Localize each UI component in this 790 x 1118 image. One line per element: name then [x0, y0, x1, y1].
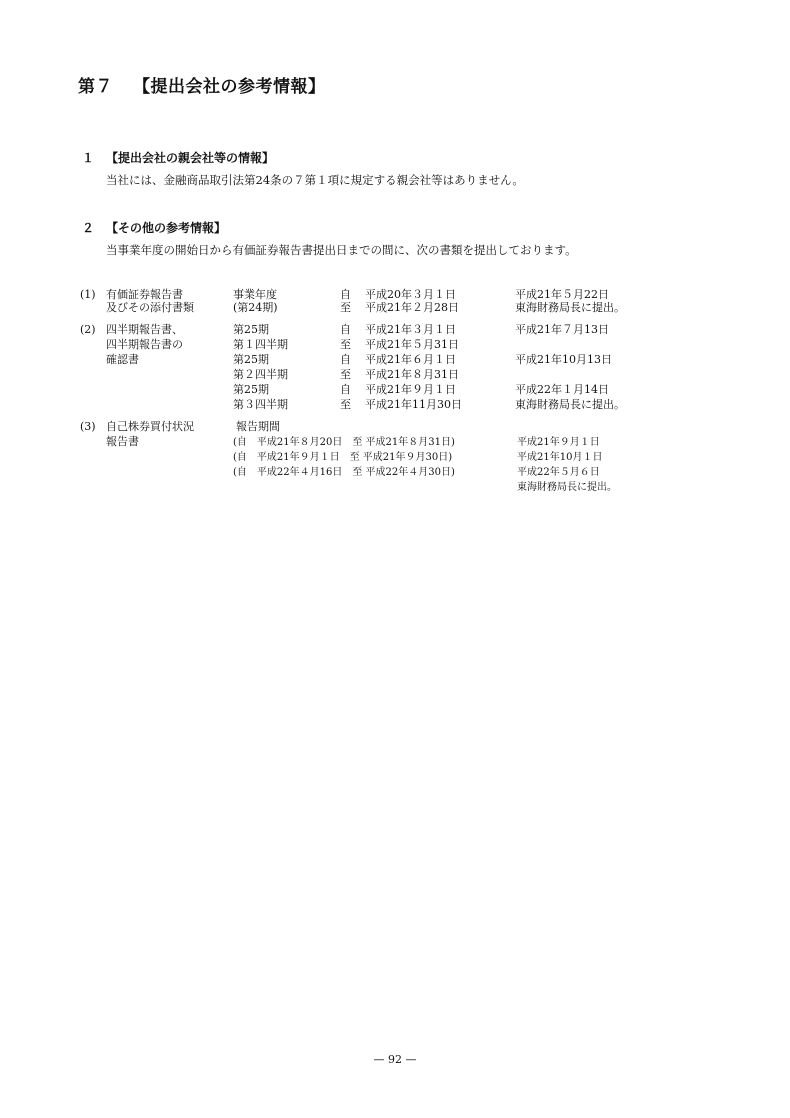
section-1-body: 当社には、金融商品取引法第24条の７第１項に規定する親会社等はありません。 [106, 172, 524, 188]
period-label: 第25期 [233, 383, 269, 396]
filing-index: (2) [80, 323, 96, 336]
date: 平成20年３月１日 [365, 288, 456, 301]
filing-name: 報告書 [106, 435, 139, 448]
filed-date: 平成22年５月６日 [517, 466, 600, 479]
section-1-heading: １【提出会社の親会社等の情報】 [82, 149, 274, 166]
report-period: (自 平成22年４月16日 至 平成22年４月30日) [233, 466, 455, 479]
chapter-title: 【提出会社の参考情報】 [133, 77, 326, 97]
filed-note: 東海財務局長に提出。 [515, 398, 625, 411]
from-mark: 自 [340, 353, 351, 366]
to-mark: 至 [340, 301, 351, 314]
report-period: (自 平成21年９月１日 至 平成21年９月30日) [233, 451, 452, 464]
date: 平成21年６月１日 [365, 353, 456, 366]
to-mark: 至 [340, 398, 351, 411]
filing-index: (3) [80, 420, 96, 433]
period-label: 第25期 [233, 323, 269, 336]
period-label: (第24期) [233, 301, 278, 314]
from-mark: 自 [340, 383, 351, 396]
from-mark: 自 [340, 288, 351, 301]
to-mark: 至 [340, 338, 351, 351]
section-2-body: 当事業年度の開始日から有価証券報告書提出日までの間に、次の書類を提出しております… [106, 242, 577, 258]
filing-name: 四半期報告書、 [106, 323, 183, 336]
to-mark: 至 [340, 368, 351, 381]
filing-name: 有価証券報告書 [106, 288, 183, 301]
from-mark: 自 [340, 323, 351, 336]
filed-date: 平成21年５月22日 [515, 288, 609, 301]
filing-index: (1) [80, 288, 96, 301]
filed-note: 東海財務局長に提出。 [517, 481, 617, 494]
filed-date: 平成22年１月14日 [515, 383, 609, 396]
filed-date: 平成21年10月13日 [515, 353, 612, 366]
page-number: — 92 — [0, 1053, 790, 1066]
date: 平成21年５月31日 [365, 338, 459, 351]
period-label: 第25期 [233, 353, 269, 366]
date: 平成21年８月31日 [365, 368, 459, 381]
filed-date: 平成21年７月13日 [515, 323, 609, 336]
period-label: 第２四半期 [233, 368, 288, 381]
period-label: 事業年度 [233, 288, 277, 301]
date: 平成21年３月１日 [365, 323, 456, 336]
filing-name: 確認書 [106, 353, 139, 366]
filed-date: 平成21年10月１日 [517, 451, 602, 464]
filed-date: 平成21年９月１日 [517, 436, 600, 449]
period-header: 報告期間 [236, 420, 280, 433]
filing-name: 及びその添付書類 [106, 301, 194, 314]
filing-name: 自己株券買付状況 [106, 420, 194, 433]
date: 平成21年２月28日 [365, 301, 459, 314]
period-label: 第３四半期 [233, 398, 288, 411]
date: 平成21年11月30日 [365, 398, 462, 411]
page-title: 第７【提出会社の参考情報】 [78, 72, 326, 97]
report-period: (自 平成21年８月20日 至 平成21年８月31日) [233, 436, 455, 449]
date: 平成21年９月１日 [365, 383, 456, 396]
filed-note: 東海財務局長に提出。 [515, 301, 625, 314]
chapter-number: 第７ [78, 77, 113, 97]
section-2-heading: ２【その他の参考情報】 [82, 219, 226, 236]
filing-name: 四半期報告書の [106, 338, 183, 351]
period-label: 第１四半期 [233, 338, 288, 351]
